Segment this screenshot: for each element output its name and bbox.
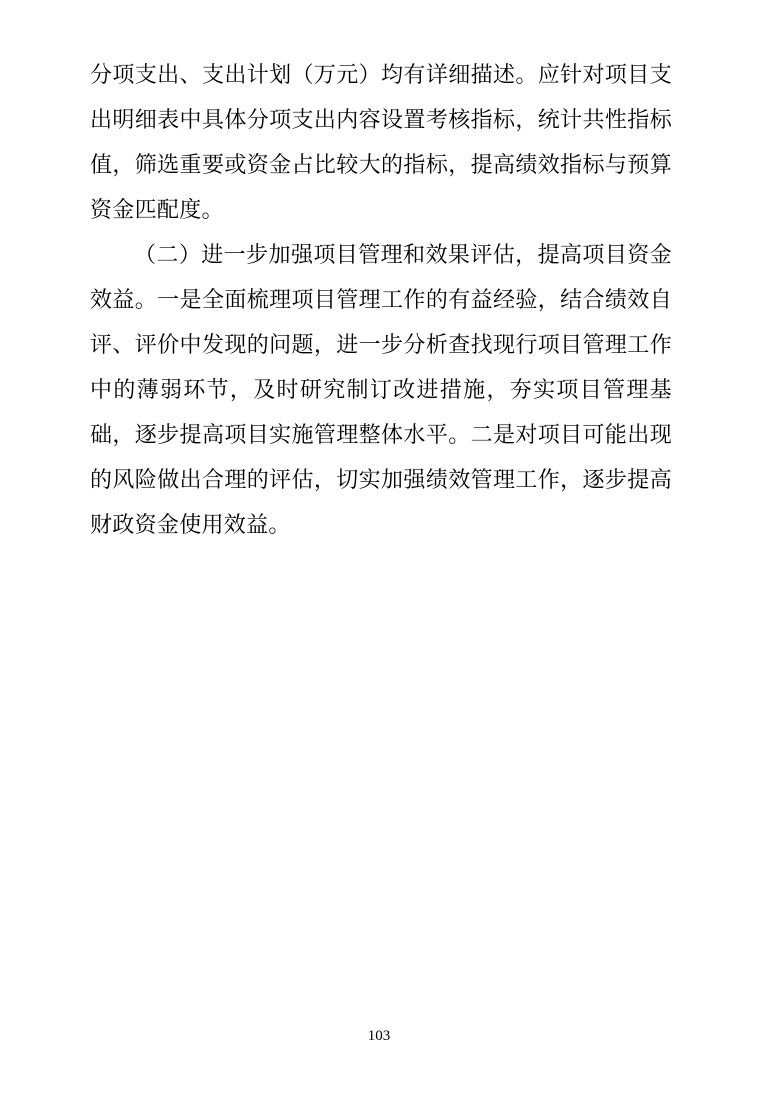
document-page: 分项支出、支出计划（万元）均有详细描述。应针对项目支出明细表中具体分项支出内容设… [0, 0, 758, 1100]
paragraph-continuation: 分项支出、支出计划（万元）均有详细描述。应针对项目支出明细表中具体分项支出内容设… [90, 52, 672, 232]
page-number: 103 [0, 1026, 758, 1046]
document-body: 分项支出、支出计划（万元）均有详细描述。应针对项目支出明细表中具体分项支出内容设… [90, 52, 672, 547]
paragraph-section-2: （二）进一步加强项目管理和效果评估，提高项目资金效益。一是全面梳理项目管理工作的… [90, 232, 672, 547]
